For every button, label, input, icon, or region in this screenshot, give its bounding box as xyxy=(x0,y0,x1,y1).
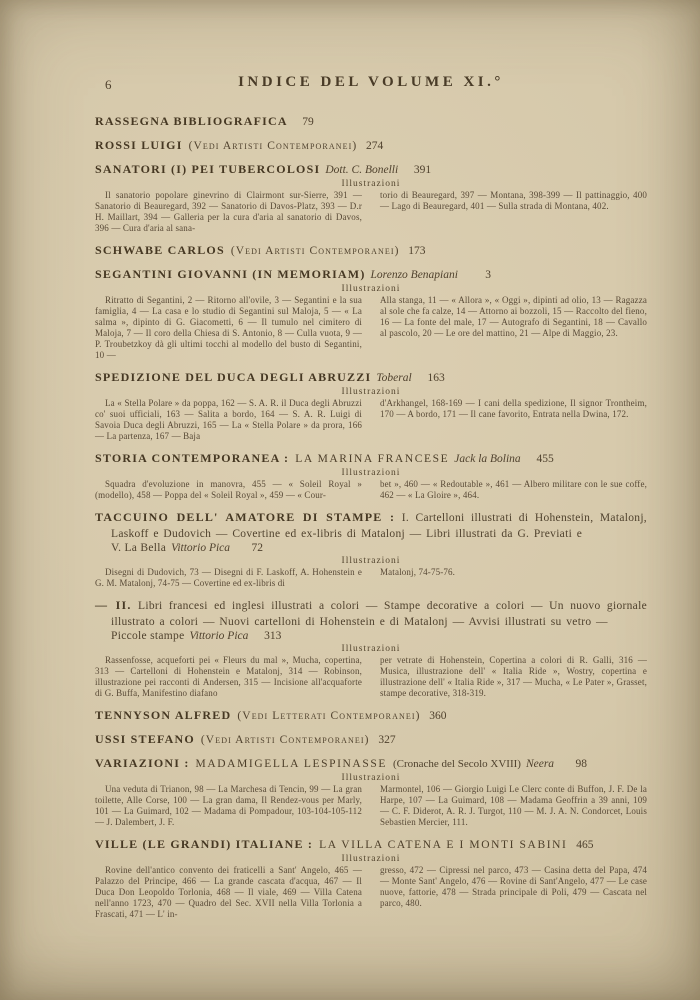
entry-rossi-luigi: ROSSI LUIGI (Vedi Artisti Contemporanei)… xyxy=(95,138,647,153)
illustrations-column-right: torio di Beauregard, 397 — Montana, 398-… xyxy=(380,190,647,234)
entry-author: Lorenzo Benapiani xyxy=(371,269,458,281)
illustrations-column-left: Il sanatorio popolare ginevrino di Clair… xyxy=(95,190,362,234)
illustrations-column-left: Una veduta di Trianon, 98 — La Marchesa … xyxy=(95,784,362,828)
entry-page-number: 72 xyxy=(237,542,263,554)
entry-cross-reference: (Vedi Artisti Contemporanei) xyxy=(189,140,358,152)
entry-author: Neera xyxy=(526,758,554,770)
entry-taccuino-stampe-1: TACCUINO DELL' AMATORE DI STAMPE : I. Ca… xyxy=(95,510,647,589)
entry-spedizione-abruzzi: SPEDIZIONE DEL DUCA DEGLI ABRUZZI Tobera… xyxy=(95,370,647,442)
entry-title: TENNYSON ALFRED xyxy=(95,708,231,723)
illustrations-column-left: Rassenfosse, acqueforti pei « Fleurs du … xyxy=(95,655,362,699)
entry-cross-reference: (Vedi Letterati Contemporanei) xyxy=(237,710,420,722)
entry-title: — II. xyxy=(95,598,132,612)
entry-cross-reference: (Vedi Artisti Contemporanei) xyxy=(201,734,370,746)
index-page: 6 INDICE DEL VOLUME XI.° RASSEGNA BIBLIO… xyxy=(95,74,647,929)
illustrations-column-right: per vetrate di Hohenstein, Copertina a c… xyxy=(380,655,647,699)
entry-description-tail: Piccole stampe xyxy=(111,630,185,642)
illustrations-block: Illustrazioni Squadra d'evoluzione in ma… xyxy=(95,468,647,501)
page-title: INDICE DEL VOLUME XI.° xyxy=(95,74,647,91)
illustrations-column-left: Ritratto di Segantini, 2 — Ritorno all'o… xyxy=(95,295,362,361)
illustrations-column-right: Marmontel, 106 — Giorgio Luigi Le Clerc … xyxy=(380,784,647,828)
entry-author: Vittorio Pica xyxy=(171,542,230,554)
entry-ussi-stefano: USSI STEFANO (Vedi Artisti Contemporanei… xyxy=(95,732,647,747)
entry-sanatori: SANATORI (I) PEI TUBERCOLOSI Dott. C. Bo… xyxy=(95,162,647,234)
entry-title: TACCUINO DELL' AMATORE DI STAMPE : xyxy=(95,510,395,524)
entry-author: Jack la Bolina xyxy=(454,453,520,465)
illustrations-label: Illustrazioni xyxy=(95,179,647,189)
entry-title: SANATORI (I) PEI TUBERCOLOSI xyxy=(95,162,320,177)
entry-rassegna-bibliografica: RASSEGNA BIBLIOGRAFICA 79 xyxy=(95,114,647,129)
illustrations-column-left: Disegni di Dudovich, 73 — Disegni di F. … xyxy=(95,567,362,589)
entry-page-number: 360 xyxy=(421,710,447,722)
entry-cross-reference: (Vedi Artisti Contemporanei) xyxy=(231,245,400,257)
entry-subtitle: MADAMIGELLA LESPINASSE xyxy=(196,758,387,770)
illustrations-label: Illustrazioni xyxy=(95,468,647,478)
entry-title: SPEDIZIONE DEL DUCA DEGLI ABRUZZI xyxy=(95,370,371,385)
illustrations-block: Illustrazioni Rassenfosse, acqueforti pe… xyxy=(95,644,647,699)
illustrations-label: Illustrazioni xyxy=(95,854,647,864)
illustrations-block: Illustrazioni La « Stella Polare » da po… xyxy=(95,387,647,442)
illustrations-block: Illustrazioni Il sanatorio popolare gine… xyxy=(95,179,647,234)
illustrations-block: Illustrazioni Disegni di Dudovich, 73 — … xyxy=(95,556,647,589)
entry-title: VILLE (LE GRANDI) ITALIANE : xyxy=(95,837,313,852)
entry-author: Dott. C. Bonelli xyxy=(325,164,398,176)
illustrations-column-left: Rovine dell'antico convento dei fraticel… xyxy=(95,865,362,920)
illustrations-label: Illustrazioni xyxy=(95,556,647,566)
illustrations-column-right: d'Arkhangel, 168-169 — I cani della sped… xyxy=(380,398,647,442)
illustrations-column-left: La « Stella Polare » da poppa, 162 — S. … xyxy=(95,398,362,442)
entry-page-number: 327 xyxy=(370,734,396,746)
entry-page-number: 455 xyxy=(528,453,554,465)
page-number: 6 xyxy=(105,77,112,93)
illustrations-block: Illustrazioni Ritratto di Segantini, 2 —… xyxy=(95,284,647,361)
illustrations-block: Illustrazioni Rovine dell'antico convent… xyxy=(95,854,647,920)
illustrations-column-right: bet », 460 — « Redoutable », 461 — Alber… xyxy=(380,479,647,501)
entry-description-tail: V. La Bella xyxy=(111,542,166,554)
entry-author: Vittorio Pica xyxy=(190,630,249,642)
entry-title: STORIA CONTEMPORANEA : xyxy=(95,451,289,466)
entry-page-number: 173 xyxy=(400,245,426,257)
entry-page-number: 391 xyxy=(405,164,431,176)
entry-page-number: 313 xyxy=(255,630,281,642)
entry-page-number: 3 xyxy=(465,269,491,281)
entry-author: Toberal xyxy=(376,372,411,384)
entry-page-number: 163 xyxy=(419,372,445,384)
entry-heading-paragraph: — II. Libri francesi ed inglesi illustra… xyxy=(95,598,647,630)
entry-description: Libri francesi ed inglesi illustrati a c… xyxy=(111,600,647,628)
illustrations-column-right: Matalonj, 74-75-76. xyxy=(380,567,647,589)
entry-title: RASSEGNA BIBLIOGRAFICA xyxy=(95,114,288,129)
entry-note: (Cronache del Secolo XVIII) xyxy=(393,758,521,770)
entry-title: USSI STEFANO xyxy=(95,732,195,747)
entry-page-number: 274 xyxy=(357,140,383,152)
entry-page-number: 79 xyxy=(288,116,314,128)
entry-title: SEGANTINI GIOVANNI (IN MEMORIAM) xyxy=(95,267,366,282)
illustrations-label: Illustrazioni xyxy=(95,644,647,654)
illustrations-label: Illustrazioni xyxy=(95,387,647,397)
entry-segantini-giovanni: SEGANTINI GIOVANNI (IN MEMORIAM) Lorenzo… xyxy=(95,267,647,361)
illustrations-label: Illustrazioni xyxy=(95,773,647,783)
entry-variazioni-lespinasse: VARIAZIONI : MADAMIGELLA LESPINASSE (Cro… xyxy=(95,756,647,828)
entry-taccuino-stampe-2: — II. Libri francesi ed inglesi illustra… xyxy=(95,598,647,699)
entry-schwabe-carlos: SCHWABE CARLOS (Vedi Artisti Contemporan… xyxy=(95,243,647,258)
entry-title: SCHWABE CARLOS xyxy=(95,243,225,258)
entry-title: ROSSI LUIGI xyxy=(95,138,183,153)
entry-title: VARIAZIONI : xyxy=(95,756,190,771)
illustrations-block: Illustrazioni Una veduta di Trianon, 98 … xyxy=(95,773,647,828)
entry-page-number: 98 xyxy=(561,758,587,770)
entry-ville-italiane: VILLE (LE GRANDI) ITALIANE : LA VILLA CA… xyxy=(95,837,647,920)
entry-storia-contemporanea: STORIA CONTEMPORANEA : LA MARINA FRANCES… xyxy=(95,451,647,501)
illustrations-column-left: Squadra d'evoluzione in manovra, 455 — «… xyxy=(95,479,362,501)
entry-subtitle: LA VILLA CATENA E I MONTI SABINI xyxy=(319,839,567,851)
entry-page-number: 465 xyxy=(567,839,593,851)
page-header: 6 INDICE DEL VOLUME XI.° xyxy=(95,74,647,98)
illustrations-column-right: gresso, 472 — Cipressi nel parco, 473 — … xyxy=(380,865,647,920)
illustrations-column-right: Alla stanga, 11 — « Allora », « Oggi », … xyxy=(380,295,647,361)
entry-heading-paragraph: TACCUINO DELL' AMATORE DI STAMPE : I. Ca… xyxy=(95,510,647,542)
entry-subtitle: LA MARINA FRANCESE xyxy=(295,453,449,465)
illustrations-label: Illustrazioni xyxy=(95,284,647,294)
entry-tennyson-alfred: TENNYSON ALFRED (Vedi Letterati Contempo… xyxy=(95,708,647,723)
